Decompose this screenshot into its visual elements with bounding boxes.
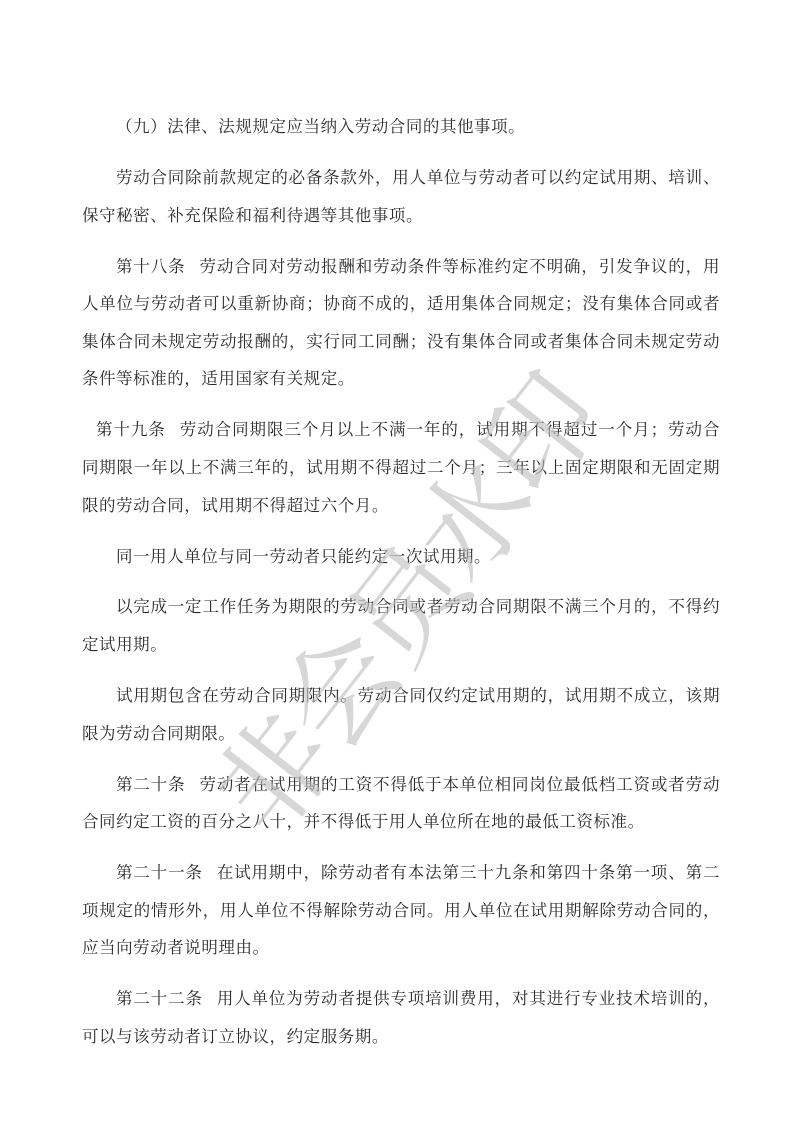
article-text: 劳动合同期限三个月以上不满一年的，试用期不得超过一个月；劳动合同期限一年以上不满… [82,420,720,514]
paragraph-text: 劳动合同除前款规定的必备条款外，用人单位与劳动者可以约定试用期、培训、保守秘密、… [82,168,720,225]
paragraph-item-9: （九）法律、法规规定应当纳入劳动合同的其他事项。 [82,108,720,146]
article-text: 劳动合同对劳动报酬和劳动条件等标准约定不明确，引发争议的，用人单位与劳动者可以重… [82,257,720,389]
article-number: 第二十一条 [116,863,203,882]
paragraph-text: （九）法律、法规规定应当纳入劳动合同的其他事项。 [116,117,525,136]
paragraph-text: 同一用人单位与同一劳动者只能约定一次试用期。 [116,547,491,566]
article-number: 第十九条 [96,420,166,439]
document-body: （九）法律、法规规定应当纳入劳动合同的其他事项。 劳动合同除前款规定的必备条款外… [82,108,720,1069]
article-18: 第十八条劳动合同对劳动报酬和劳动条件等标准约定不明确，引发争议的，用人单位与劳动… [82,248,720,398]
article-number: 第二十二条 [116,989,203,1008]
paragraph-text: 试用期包含在劳动合同期限内。劳动合同仅约定试用期的，试用期不成立，该期限为劳动合… [82,686,720,743]
article-20: 第二十条劳动者在试用期的工资不得低于本单位相同岗位最低档工资或者劳动合同约定工资… [82,766,720,841]
document-page: （九）法律、法规规定应当纳入劳动合同的其他事项。 劳动合同除前款规定的必备条款外… [0,0,800,1131]
article-21: 第二十一条在试用期中，除劳动者有本法第三十九条和第四十条第一项、第二项规定的情形… [82,854,720,967]
paragraph-optional-terms: 劳动合同除前款规定的必备条款外，用人单位与劳动者可以约定试用期、培训、保守秘密、… [82,159,720,234]
paragraph-probation-included: 试用期包含在劳动合同期限内。劳动合同仅约定试用期的，试用期不成立，该期限为劳动合… [82,677,720,752]
paragraph-no-probation: 以完成一定工作任务为期限的劳动合同或者劳动合同期限不满三个月的，不得约定试用期。 [82,588,720,663]
paragraph-single-probation: 同一用人单位与同一劳动者只能约定一次试用期。 [82,538,720,576]
article-number: 第二十条 [116,775,185,794]
article-19: 第十九条劳动合同期限三个月以上不满一年的，试用期不得超过一个月；劳动合同期限一年… [82,411,720,524]
paragraph-text: 以完成一定工作任务为期限的劳动合同或者劳动合同期限不满三个月的，不得约定试用期。 [82,597,720,654]
article-22: 第二十二条用人单位为劳动者提供专项培训费用，对其进行专业技术培训的，可以与该劳动… [82,980,720,1055]
article-number: 第十八条 [116,257,185,276]
